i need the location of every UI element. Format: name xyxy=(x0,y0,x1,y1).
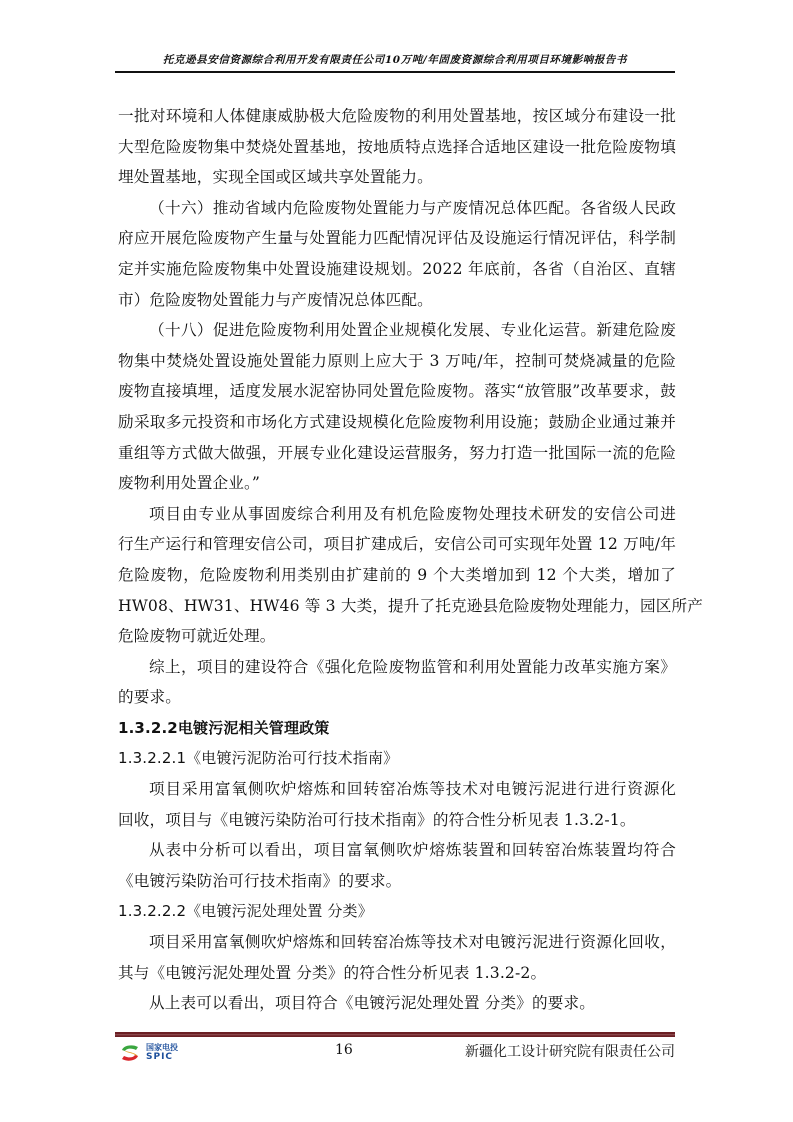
text-line: 市）危险废物处置能力与产废情况总体匹配。 xyxy=(118,285,676,316)
subsection-heading: 1.3.2.2.1《电镀污泥防治可行技术指南》 xyxy=(118,743,676,774)
text-line: 回收，项目与《电镀污染防治可行技术指南》的符合性分析见表 1.3.2-1。 xyxy=(118,805,676,836)
footer-rule xyxy=(115,1032,675,1037)
page-footer: 国家电投 SPIC 16 新疆化工设计研究院有限责任公司 xyxy=(115,1032,675,1072)
header-rule xyxy=(115,71,675,73)
text-line: 府应开展危险废物产生量与处置能力匹配情况评估及设施运行情况评估，科学制 xyxy=(118,223,676,254)
paragraph-first-line: 项目采用富氧侧吹炉熔炼和回转窑冶炼等技术对电镀污泥进行进行资源化 xyxy=(118,774,676,805)
subsection-heading: 1.3.2.2.2《电镀污泥处理处置 分类》 xyxy=(118,896,676,927)
header-title: 托克逊县安信资源综合利用开发有限责任公司10万吨/年固废资源综合利用项目环境影响… xyxy=(115,52,675,67)
text-line: 的要求。 xyxy=(118,682,676,713)
text-line: 重组等方式做大做强，开展专业化建设运营服务，努力打造一批国际一流的危险 xyxy=(118,438,676,469)
text-line: 危险废物，危险废物利用类别由扩建前的 9 个大类增加到 12 个大类，增加了 xyxy=(118,560,676,591)
text-line: 埋处置基地，实现全国或区域共享处置能力。 xyxy=(118,162,676,193)
text-line: HW08、HW31、HW46 等 3 大类，提升了托克逊县危险废物处理能力，园区… xyxy=(118,591,676,622)
page-header: 托克逊县安信资源综合利用开发有限责任公司10万吨/年固废资源综合利用项目环境影响… xyxy=(115,48,675,78)
document-body: 一批对环境和人体健康威胁极大危险废物的利用处置基地，按区域分布建设一批大型危险废… xyxy=(118,101,676,1019)
logo-english-text: SPIC xyxy=(146,1052,173,1062)
paragraph-first-line: 从表中分析可以看出，项目富氧侧吹炉熔炼装置和回转窑冶炼装置均符合 xyxy=(118,835,676,866)
text-line: 一批对环境和人体健康威胁极大危险废物的利用处置基地，按区域分布建设一批 xyxy=(118,101,676,132)
paragraph-first-line: （十六）推动省域内危险废物处置能力与产废情况总体匹配。各省级人民政 xyxy=(118,193,676,224)
text-line: 行生产运行和管理安信公司，项目扩建成后，安信公司可实现年处置 12 万吨/年 xyxy=(118,529,676,560)
text-line: 物集中焚烧处置设施处置能力原则上应大于 3 万吨/年，控制可焚烧减量的危险 xyxy=(118,346,676,377)
text-line: 废物直接填埋，适度发展水泥窑协同处置危险废物。落实“放管服”改革要求，鼓 xyxy=(118,376,676,407)
text-line: 危险废物可就近处理。 xyxy=(118,621,676,652)
text-line: 其与《电镀污泥处理处置 分类》的符合性分析见表 1.3.2-2。 xyxy=(118,958,676,989)
footer-organization: 新疆化工设计研究院有限责任公司 xyxy=(465,1041,675,1061)
spic-logo: 国家电投 SPIC xyxy=(119,1042,199,1064)
text-line: 《电镀污染防治可行技术指南》的要求。 xyxy=(118,866,676,897)
page-number: 16 xyxy=(335,1042,353,1058)
text-line: 废物利用处置企业。” xyxy=(118,468,676,499)
paragraph-first-line: 项目采用富氧侧吹炉熔炼和回转窑冶炼等技术对电镀污泥进行资源化回收， xyxy=(118,927,676,958)
paragraph-first-line: （十八）促进危险废物利用处置企业规模化发展、专业化运营。新建危险废 xyxy=(118,315,676,346)
section-heading: 1.3.2.2电镀污泥相关管理政策 xyxy=(118,713,676,744)
paragraph-first-line: 综上，项目的建设符合《强化危险废物监管和利用处置能力改革实施方案》 xyxy=(118,652,676,683)
paragraph-first-line: 项目由专业从事固废综合利用及有机危险废物处理技术研发的安信公司进 xyxy=(118,499,676,530)
paragraph-first-line: 从上表可以看出，项目符合《电镀污泥处理处置 分类》的要求。 xyxy=(118,988,676,1019)
text-line: 励采取多元投资和市场化方式建设规模化危险废物利用设施；鼓励企业通过兼并 xyxy=(118,407,676,438)
text-line: 大型危险废物集中焚烧处置基地，按地质特点选择合适地区建设一批危险废物填 xyxy=(118,132,676,163)
text-line: 定并实施危险废物集中处置设施建设规划。2022 年底前，各省（自治区、直辖 xyxy=(118,254,676,285)
spic-logo-icon xyxy=(119,1043,141,1063)
